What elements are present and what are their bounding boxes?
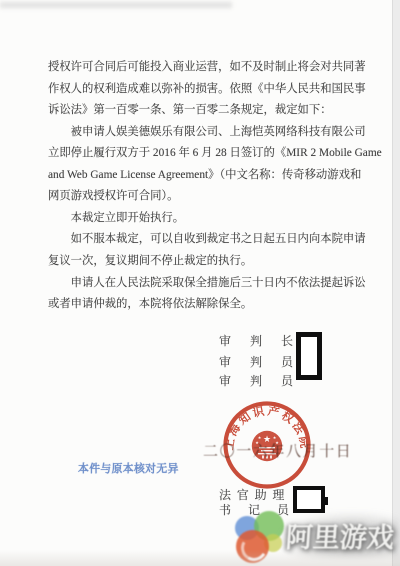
body-line: 本裁定立即开始执行。	[48, 208, 378, 230]
page-edge	[392, 0, 400, 566]
presiding-judge-label: 审 判 长	[219, 332, 301, 349]
scanned-court-ruling-page: { "document": { "body": { "lines": [ "授权…	[0, 0, 400, 566]
scan-bottom-shade	[0, 550, 400, 566]
body-line: 或者申请仲裁的，本院将依法解除保全。	[48, 294, 378, 316]
body-line: 被申请人娱美德娱乐有限公司、上海恺英网络科技有限公司	[48, 122, 378, 144]
body-line: 申请人在人民法院采取保全措施后三十日内不依法提起诉讼	[48, 273, 378, 295]
redaction-mark	[324, 497, 328, 505]
body-line: 网页游戏授权许可合同）。	[48, 186, 378, 208]
body-line: 诉讼法》第一百零一条、第一百零二条规定，裁定如下：	[48, 100, 378, 122]
judge-label: 审 判 员	[219, 353, 301, 370]
clerk-names-redaction-box	[293, 486, 325, 513]
body-line: 如不服本裁定，可以自收到裁定书之日起五日内向本院申请	[48, 229, 378, 251]
verification-stamp: 本件与原本核对无异	[78, 461, 179, 476]
scan-smudge	[0, 2, 232, 8]
ruling-date: 二〇一六年八月十日	[203, 440, 373, 461]
body-line: 作权人的权利造成难以弥补的损害。依照《中华人民共和国民事	[48, 79, 378, 101]
body-line: and Web Game License Agreement》（中文名称：传奇移…	[48, 165, 378, 187]
judge-label: 审 判 员	[219, 372, 301, 389]
judge-names-redaction-box	[296, 332, 322, 380]
body-line: 立即停止履行双方于 2016 年 6 月 28 日签订的《MIR 2 Mobil…	[48, 143, 378, 165]
body-line: 复议一次，复议期间不停止裁定的执行。	[48, 251, 378, 273]
body-line: 授权许可合同后可能投入商业运营，如不及时制止将会对共同著	[48, 57, 378, 79]
